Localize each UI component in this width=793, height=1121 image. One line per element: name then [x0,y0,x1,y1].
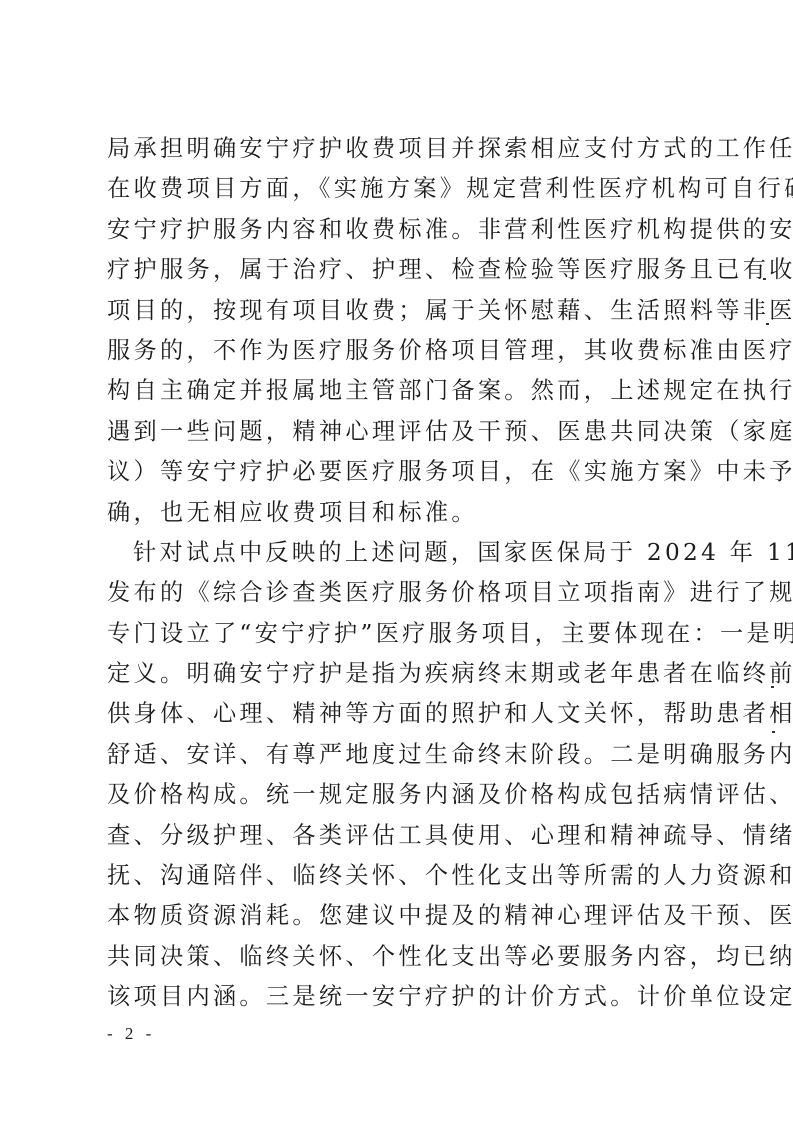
text-line-2: 在收费项目方面，《实施方案》规定营利性医疗机构可自行确定 [107,173,697,213]
scan-mark [771,686,774,688]
text-line-15: 供身体、心理、精神等方面的照护和人文关怀，帮助患者相对 [107,698,697,738]
scan-mark [763,278,766,280]
text-line-4: 疗护服务，属于治疗、护理、检查检验等医疗服务且已有收费 [107,254,697,294]
text-line-17: 及价格构成。统一规定服务内涵及价格构成包括病情评估、诊 [107,779,697,819]
text-line-13: 专门设立了“安宁疗护”医疗服务项目，主要体现在：一是明确 [107,618,697,658]
text-line-9: 议）等安宁疗护必要医疗服务项目，在《实施方案》中未予明 [107,456,697,496]
page-number: - 2 - [107,1024,155,1044]
document-page: 局承担明确安宁疗护收费项目并探索相应支付方式的工作任务。 在收费项目方面，《实施… [0,0,793,1121]
text-line-16: 舒适、安详、有尊严地度过生命终末阶段。二是明确服务内涵 [107,739,697,779]
scan-mark [772,731,775,733]
text-line-3: 安宁疗护服务内容和收费标准。非营利性医疗机构提供的安宁 [107,214,697,254]
text-line-5: 项目的，按现有项目收费；属于关怀慰藉、生活照料等非医疗 [107,295,697,335]
body-text: 局承担明确安宁疗护收费项目并探索相应支付方式的工作任务。 在收费项目方面，《实施… [107,133,697,1022]
text-line-18: 查、分级护理、各类评估工具使用、心理和精神疏导、情绪安 [107,820,697,860]
text-line-22: 该项目内涵。三是统一安宁疗护的计价方式。计价单位设定为 [107,981,697,1021]
text-line-6: 服务的，不作为医疗服务价格项目管理，其收费标准由医疗机 [107,335,697,375]
text-line-8: 遇到一些问题，精神心理评估及干预、医患共同决策（家庭会 [107,416,697,456]
text-line-7: 构自主确定并报属地主管部门备案。然而，上述规定在执行中 [107,375,697,415]
text-line-20: 本物质资源消耗。您建议中提及的精神心理评估及干预、医患 [107,900,697,940]
text-line-12: 发布的《综合诊查类医疗服务价格项目立项指南》进行了规范， [107,577,697,617]
text-line-21: 共同决策、临终关怀、个性化支出等必要服务内容，均已纳入 [107,941,697,981]
text-line-1: 局承担明确安宁疗护收费项目并探索相应支付方式的工作任务。 [107,133,697,173]
text-line-19: 抚、沟通陪伴、临终关怀、个性化支出等所需的人力资源和基 [107,860,697,900]
scan-mark [766,323,769,325]
text-line-10: 确，也无相应收费项目和标准。 [107,497,697,537]
text-line-14: 定义。明确安宁疗护是指为疾病终末期或老年患者在临终前提 [107,658,697,698]
paragraph-start-line: 针对试点中反映的上述问题，国家医保局于 2024 年 11 月 [107,537,697,577]
